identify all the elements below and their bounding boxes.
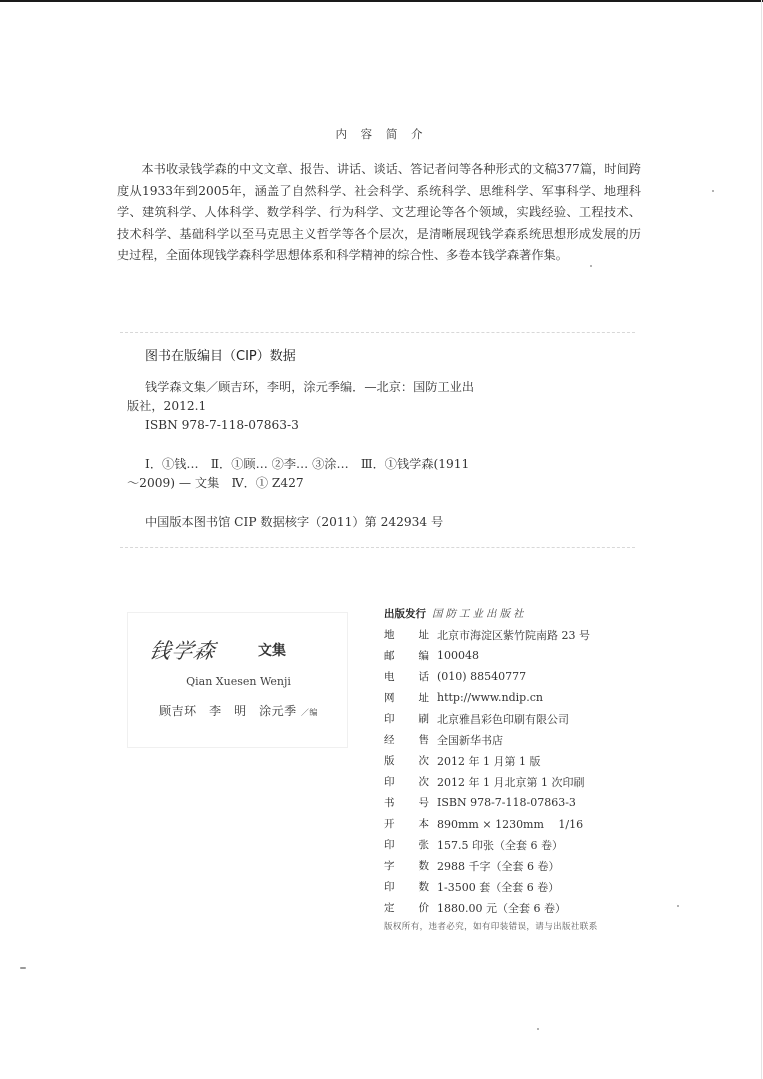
publisher-calligraphy: 国防工业出版社 <box>432 606 527 621</box>
pub-row-price: 定价 1880.00 元（全套 6 卷） <box>384 897 674 918</box>
pub-label: 印次 <box>384 774 437 789</box>
mini-cover: 钱学森 文集 Qian Xuesen Wenji 顾吉环 李 明 涂元季 ／编 <box>127 612 348 748</box>
pub-label: 版次 <box>384 753 437 768</box>
pub-value: (010) 88540777 <box>437 670 526 683</box>
pub-value: 北京雅昌彩色印刷有限公司 <box>437 711 569 727</box>
pub-row-postcode: 邮编 100048 <box>384 645 674 666</box>
pub-row-phone: 电话 (010) 88540777 <box>384 666 674 687</box>
pub-label: 电话 <box>384 669 437 684</box>
scan-top-edge <box>0 0 763 2</box>
series-title: 文集 <box>258 640 286 660</box>
pub-label: 定价 <box>384 900 437 915</box>
pub-row-website: 网址 http://www.ndip.cn <box>384 687 674 708</box>
scan-speck <box>712 190 714 192</box>
cip-verification: 中国版本图书馆 CIP 数据核字（2011）第 242934 号 <box>127 513 527 532</box>
editor-names: 顾吉环 李 明 涂元季 <box>159 704 297 718</box>
cip-classification: Ⅰ．①钱… Ⅱ．①顾… ②李… ③涂… Ⅲ．①钱学森(1911 ～2009) —… <box>127 455 527 493</box>
pub-label: 经售 <box>384 732 437 747</box>
cip-class-line-1: Ⅰ．①钱… Ⅱ．①顾… ②李… ③涂… Ⅲ．①钱学森(1911 <box>127 455 527 474</box>
copyright-notice: 版权所有，违者必究，如有印装错误，请与出版社联系 <box>384 920 598 932</box>
pub-row-wordcount: 字数 2988 千字（全套 6 卷） <box>384 855 674 876</box>
summary-body: 本书收录钱学森的中文文章、报告、讲话、谈话、答记者问等各种形式的文稿377篇，时… <box>117 159 641 267</box>
pub-value: 157.5 印张（全套 6 卷） <box>437 837 563 853</box>
pub-label: 印刷 <box>384 711 437 726</box>
pub-value-website: http://www.ndip.cn <box>437 691 543 704</box>
signature-logo: 钱学森 <box>147 635 219 665</box>
cip-verification-number: 中国版本图书馆 CIP 数据核字（2011）第 242934 号 <box>127 513 527 532</box>
scan-speck <box>677 905 679 907</box>
pub-row-edition: 版次 2012 年 1 月第 1 版 <box>384 750 674 771</box>
pub-row-address: 地址 北京市海淀区紫竹院南路 23 号 <box>384 624 674 645</box>
pub-row-distributor: 经售 全国新华书店 <box>384 729 674 750</box>
pub-value: 1880.00 元（全套 6 卷） <box>437 900 566 916</box>
pub-row-sheets: 印张 157.5 印张（全套 6 卷） <box>384 834 674 855</box>
pub-value: 2012 年 1 月第 1 版 <box>437 753 540 769</box>
pub-value: 2012 年 1 月北京第 1 次印刷 <box>437 774 584 790</box>
pub-label: 书号 <box>384 795 437 810</box>
pub-row-format: 开本 890mm × 1230mm 1/16 <box>384 813 674 834</box>
scan-right-edge <box>761 0 762 1079</box>
pub-value: 890mm × 1230mm 1/16 <box>437 816 583 832</box>
pub-label: 字数 <box>384 858 437 873</box>
cip-class-line-2: ～2009) — 文集 Ⅳ．① Z427 <box>127 474 527 493</box>
cip-isbn: ISBN 978-7-118-07863-3 <box>127 416 527 435</box>
divider-top <box>120 332 635 333</box>
cip-heading: 图书在版编目（CIP）数据 <box>145 345 296 364</box>
pub-row-isbn: 书号 ISBN 978-7-118-07863-3 <box>384 792 674 813</box>
pub-row-print-run: 印数 1-3500 套（全套 6 卷） <box>384 876 674 897</box>
pub-value: 100048 <box>437 649 479 662</box>
pub-label: 地址 <box>384 627 437 642</box>
pub-row-printing: 印次 2012 年 1 月北京第 1 次印刷 <box>384 771 674 792</box>
pub-row-publisher: 出版发行 国防工业出版社 <box>384 603 674 624</box>
cip-publisher-line: 版社，2012.1 <box>127 397 527 416</box>
pub-row-printer: 印刷 北京雅昌彩色印刷有限公司 <box>384 708 674 729</box>
pub-label: 出版发行 <box>384 606 432 621</box>
cip-title-line: 钱学森文集／顾吉环，李明，涂元季编．—北京：国防工业出 <box>127 378 527 397</box>
editors: 顾吉环 李 明 涂元季 ／编 <box>128 702 349 719</box>
summary-title: 内 容 简 介 <box>0 126 763 142</box>
pub-label: 邮编 <box>384 648 437 663</box>
pub-label: 印数 <box>384 879 437 894</box>
pinyin-title: Qian Xuesen Wenji <box>128 675 349 688</box>
pub-value: 1-3500 套（全套 6 卷） <box>437 879 559 895</box>
pub-value: 2988 千字（全套 6 卷） <box>437 858 559 874</box>
pub-value: 全国新华书店 <box>437 732 503 748</box>
publication-info: 出版发行 国防工业出版社 地址 北京市海淀区紫竹院南路 23 号 邮编 1000… <box>384 603 674 918</box>
scan-speck <box>537 1028 539 1030</box>
pub-label: 开本 <box>384 816 437 831</box>
cip-record: 钱学森文集／顾吉环，李明，涂元季编．—北京：国防工业出 版社，2012.1 IS… <box>127 378 527 435</box>
editor-role: ／编 <box>301 708 318 717</box>
pub-value: 北京市海淀区紫竹院南路 23 号 <box>437 627 590 643</box>
pub-value: ISBN 978-7-118-07863-3 <box>437 796 576 809</box>
pub-label: 网址 <box>384 690 437 705</box>
divider-bottom <box>120 547 635 548</box>
scan-speck <box>20 967 26 969</box>
pub-label: 印张 <box>384 837 437 852</box>
scan-speck <box>590 265 592 267</box>
